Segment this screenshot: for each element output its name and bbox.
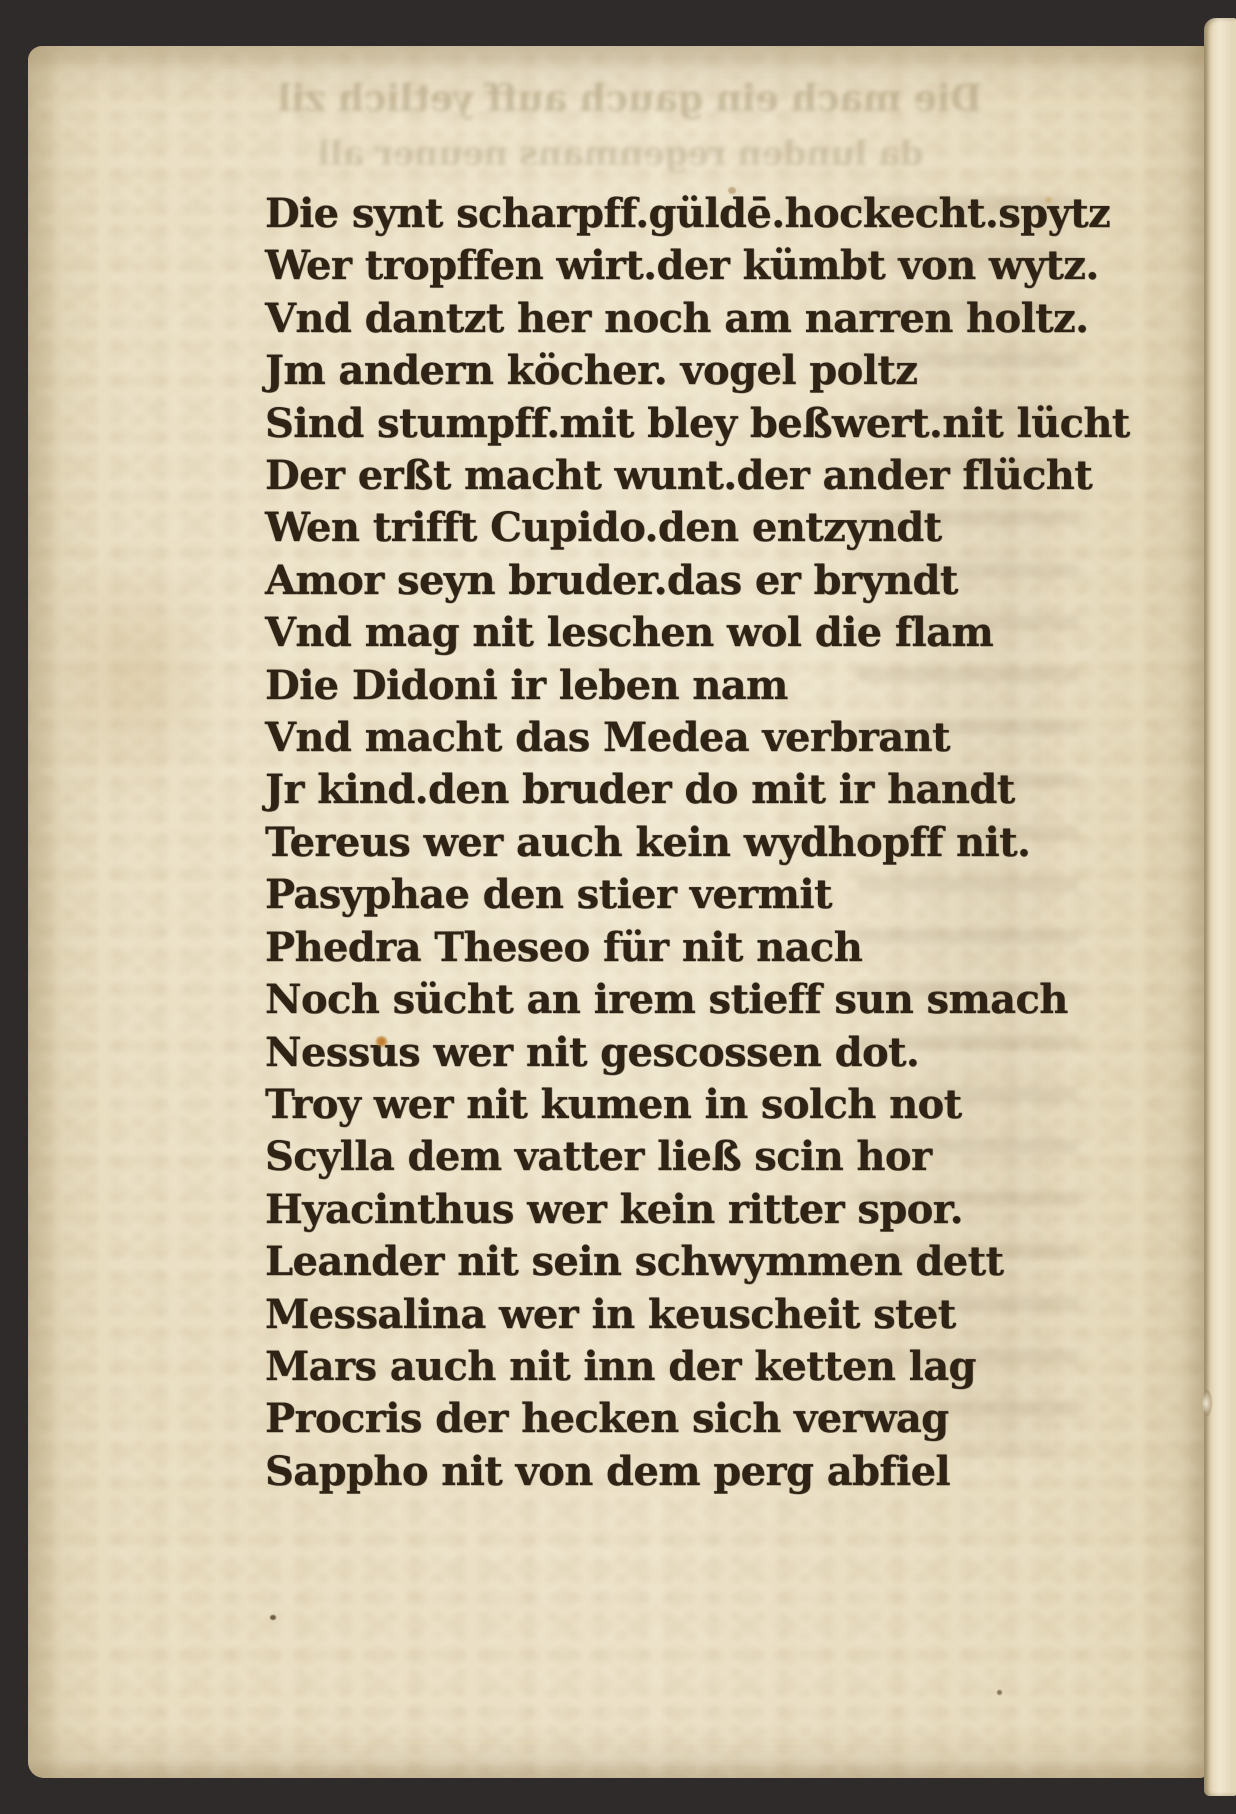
- paper-speck: [997, 1690, 1002, 1695]
- poem-line: Vnd mag nit leschen wol die flam: [265, 607, 1130, 659]
- poem-line: Scylla dem vatter ließ scin hor: [265, 1131, 1130, 1183]
- show-through-text: da lunden regenmans neuner all: [318, 134, 923, 174]
- poem-line: Pasyphae den stier vermit: [265, 869, 1130, 921]
- poem-line: Jr kind.den bruder do mit ir handt: [265, 764, 1130, 816]
- poem-line: Troy wer nit kumen in solch not: [265, 1079, 1130, 1131]
- poem-line: Der erßt macht wunt.der ander flücht: [265, 450, 1130, 502]
- poem-line: Noch sücht an irem stieff sun smach: [265, 974, 1130, 1026]
- poem-line: Die synt scharpff.güldē.hockecht.spytz: [265, 188, 1130, 240]
- poem-line: Messalina wer in keuscheit stet: [265, 1289, 1130, 1341]
- poem-line: Amor seyn bruder.das er bryndt: [265, 555, 1130, 607]
- poem-line: Procris der hecken sich verwag: [265, 1393, 1130, 1445]
- poem-line: Mars auch nit inn der ketten lag: [265, 1341, 1130, 1393]
- paper-speck: [270, 1615, 276, 1620]
- poem-line: Sappho nit von dem perg abfiel: [265, 1446, 1130, 1498]
- poem-line: Die Didoni ir leben nam: [265, 660, 1130, 712]
- paper-stain: [48, 546, 218, 806]
- poem-line: Wer tropffen wirt.der kümbt von wytz.: [265, 240, 1130, 292]
- book-page-paper: Die mach ein gauch auff yetlich zil da l…: [28, 46, 1208, 1778]
- poem-line: Hyacinthus wer kein ritter spor.: [265, 1184, 1130, 1236]
- poem-text-block: Die synt scharpff.güldē.hockecht.spytz W…: [265, 188, 1130, 1498]
- paper-edge-nick: [1202, 1390, 1212, 1416]
- scan-mat-background: Die mach ein gauch auff yetlich zil da l…: [0, 0, 1236, 1814]
- show-through-text: Die mach ein gauch auff yetlich zil: [278, 76, 982, 120]
- poem-line: Sind stumpff.mit bley beßwert.nit lücht: [265, 398, 1130, 450]
- poem-line: Phedra Theseo für nit nach: [265, 922, 1130, 974]
- poem-line: Vnd dantzt her noch am narren holtz.: [265, 293, 1130, 345]
- poem-line: Wen trifft Cupido.den entzyndt: [265, 502, 1130, 554]
- poem-line: Vnd macht das Medea verbrant: [265, 712, 1130, 764]
- poem-line: Jm andern köcher. vogel poltz: [265, 345, 1130, 397]
- next-leaf-fore-edge: [1204, 18, 1236, 1796]
- poem-line: Tereus wer auch kein wydhopff nit.: [265, 817, 1130, 869]
- poem-line: Nessus wer nit gescossen dot.: [265, 1027, 1130, 1079]
- poem-line: Leander nit sein schwymmen dett: [265, 1236, 1130, 1288]
